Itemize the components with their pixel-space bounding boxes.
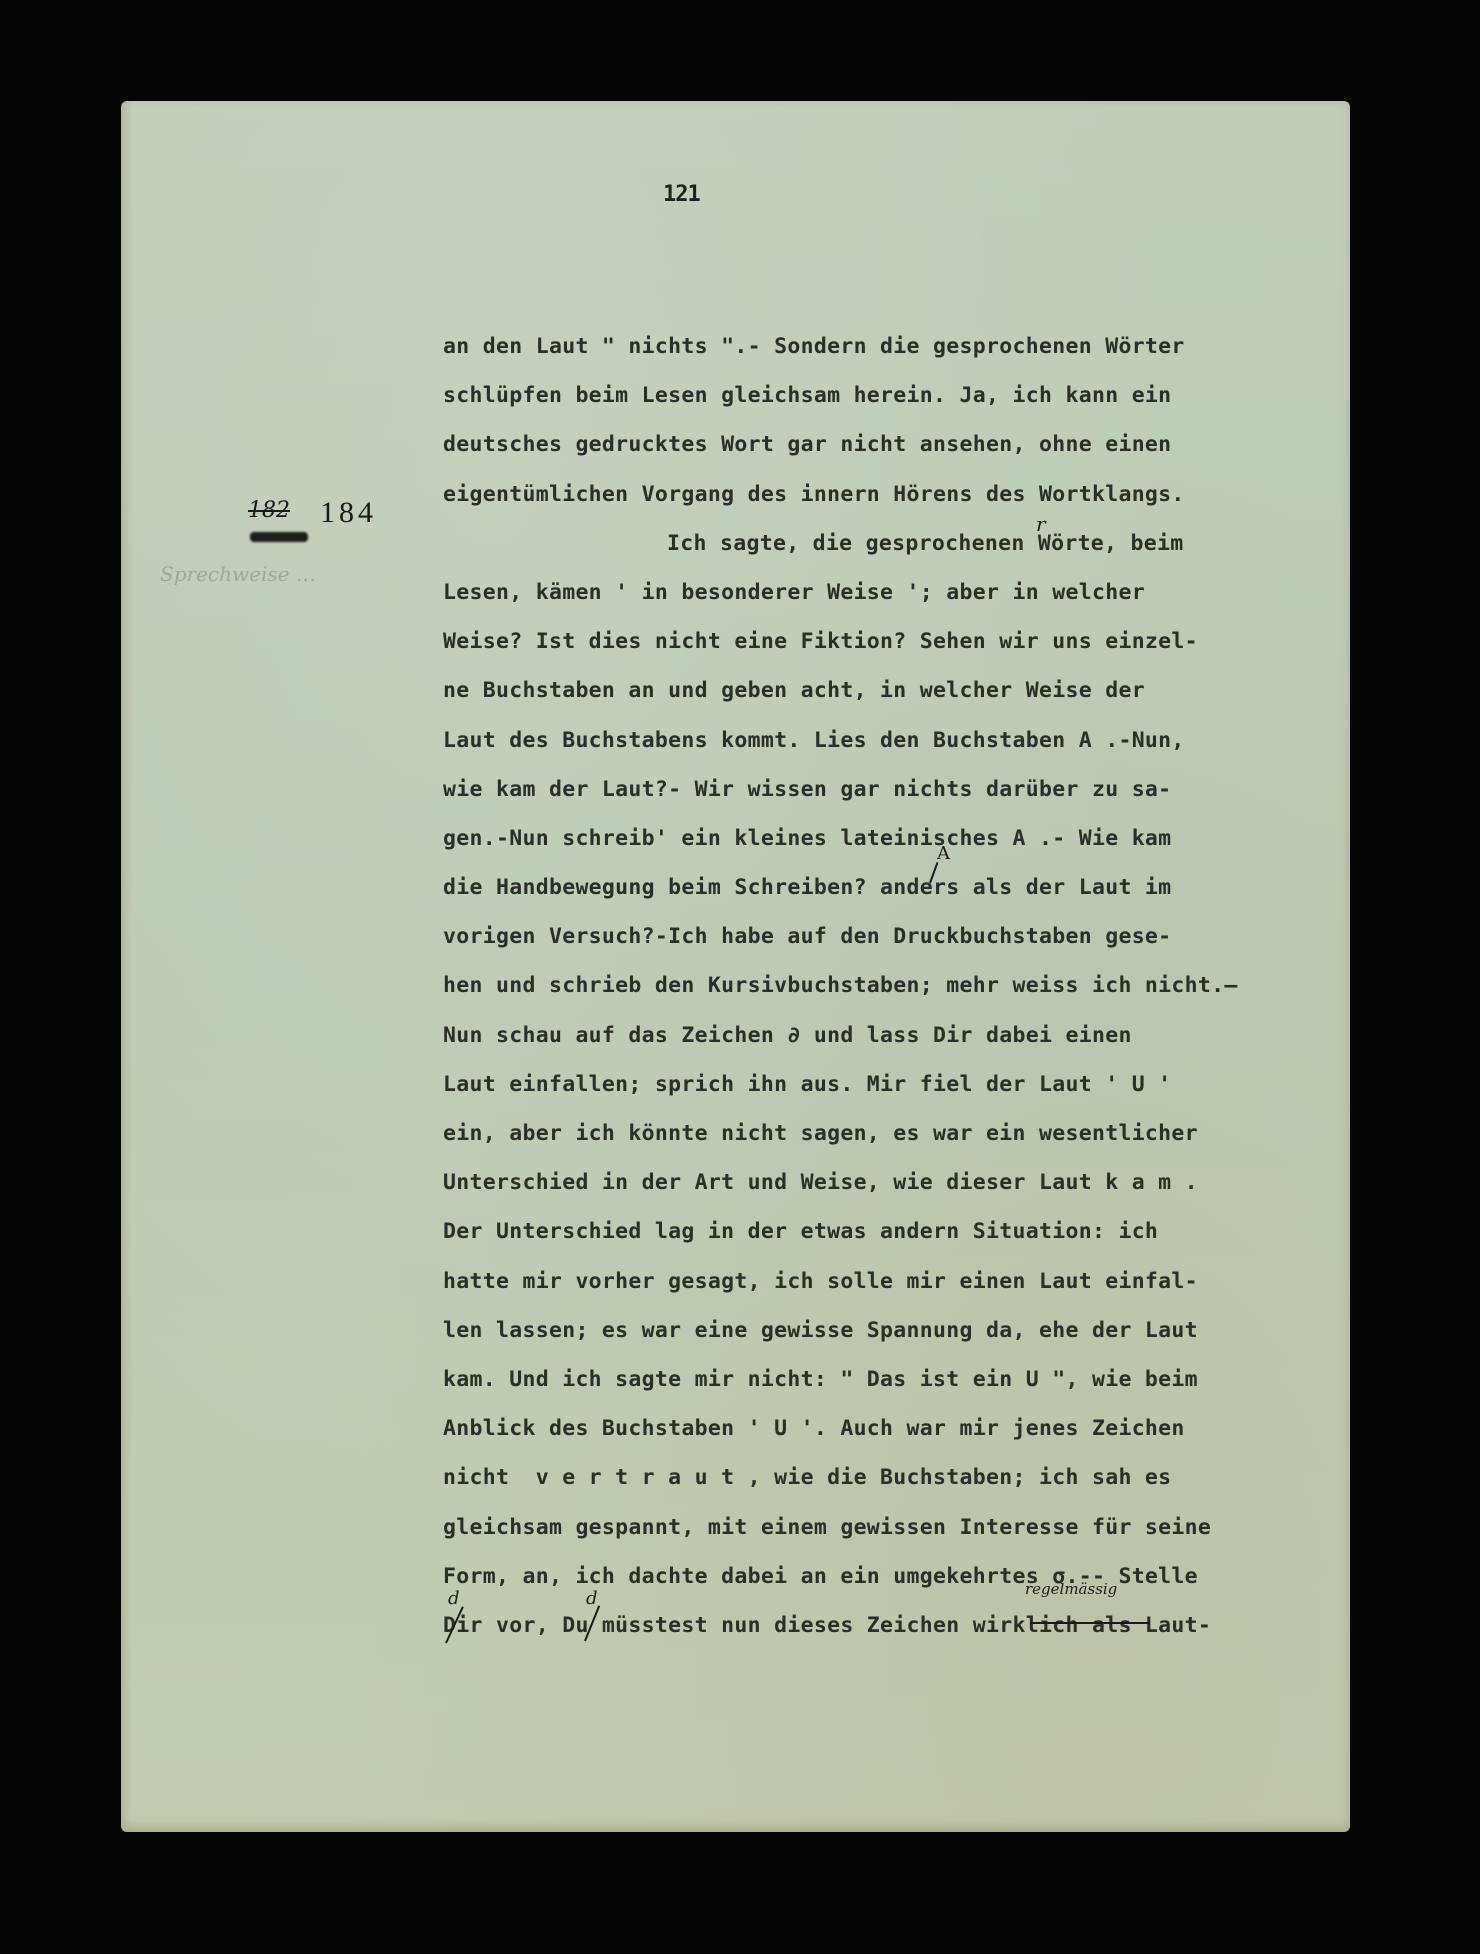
text-line: gen.-Nun schreib' ein kleines lateinisch… bbox=[443, 814, 1363, 863]
replacement-regelmassig: regelmässig bbox=[1025, 1580, 1117, 1598]
text-line: eigentümlichen Vorgang des innern Hörens… bbox=[443, 470, 1363, 519]
text-line: Weise? Ist dies nicht eine Fiktion? Sehe… bbox=[443, 617, 1363, 666]
text-line: vorigen Versuch?-Ich habe auf den Druckb… bbox=[443, 912, 1363, 961]
text-line: Laut einfallen; sprich ihn aus. Mir fiel… bbox=[443, 1060, 1363, 1109]
text-line: schlüpfen beim Lesen gleichsam herein. J… bbox=[443, 371, 1363, 420]
text-line: deutsches gedrucktes Wort gar nicht anse… bbox=[443, 420, 1363, 469]
text-line: die Handbewegung beim Schreiben? anders … bbox=[443, 863, 1363, 912]
handwritten-page-number: 184 bbox=[320, 496, 377, 530]
text-line: wie kam der Laut?- Wir wissen gar nichts… bbox=[443, 765, 1363, 814]
body-text: an den Laut " nichts ".- Sondern die ges… bbox=[443, 322, 1363, 1650]
text-line: Der Unterschied lag in der etwas andern … bbox=[443, 1207, 1363, 1256]
text-line: gleichsam gespannt, mit einem gewissen I… bbox=[443, 1503, 1363, 1552]
text-line: Nun schau auf das Zeichen ∂ und lass Dir… bbox=[443, 1011, 1363, 1060]
lowercase-d-correction: d bbox=[448, 1588, 460, 1609]
text-line: Unterschied in der Art und Weise, wie di… bbox=[443, 1158, 1363, 1207]
struck-page-number: 182 bbox=[248, 498, 290, 523]
text-line: nicht v e r t r a u t , wie die Buchstab… bbox=[443, 1453, 1363, 1502]
text-line: Anblick des Buchstaben ' U '. Auch war m… bbox=[443, 1404, 1363, 1453]
text-line: kam. Und ich sagte mir nicht: " Das ist … bbox=[443, 1355, 1363, 1404]
obliterated-number bbox=[250, 532, 308, 542]
text-line: Form, an, ich dachte dabei an ein umgeke… bbox=[443, 1552, 1363, 1601]
text-line: Dir vor, Du müsstest nun dieses Zeichen … bbox=[443, 1601, 1363, 1650]
text-line: Lesen, kämen ' in besonderer Weise '; ab… bbox=[443, 568, 1363, 617]
capital-a-correction: A bbox=[937, 843, 950, 864]
strikethrough-wirklich bbox=[1030, 1622, 1150, 1624]
lowercase-d-correction: d bbox=[586, 1588, 598, 1609]
text-line: len lassen; es war eine gewisse Spannung… bbox=[443, 1306, 1363, 1355]
text-line: hatte mir vorher gesagt, ich solle mir e… bbox=[443, 1257, 1363, 1306]
text-line: ne Buchstaben an und geben acht, in welc… bbox=[443, 666, 1363, 715]
insert-r-correction: r bbox=[1036, 512, 1046, 536]
text-line: an den Laut " nichts ".- Sondern die ges… bbox=[443, 322, 1363, 371]
text-line-paragraph-start: Ich sagte, die gesprochenen Wörte, beim bbox=[443, 519, 1363, 568]
text-line: hen und schrieb den Kursivbuchstaben; me… bbox=[443, 961, 1363, 1010]
text-line: ein, aber ich könnte nicht sagen, es war… bbox=[443, 1109, 1363, 1158]
page-number: 121 bbox=[663, 182, 700, 207]
pencil-margin-note: Sprechweise … bbox=[160, 560, 420, 588]
text-line: Laut des Buchstabens kommt. Lies den Buc… bbox=[443, 716, 1363, 765]
